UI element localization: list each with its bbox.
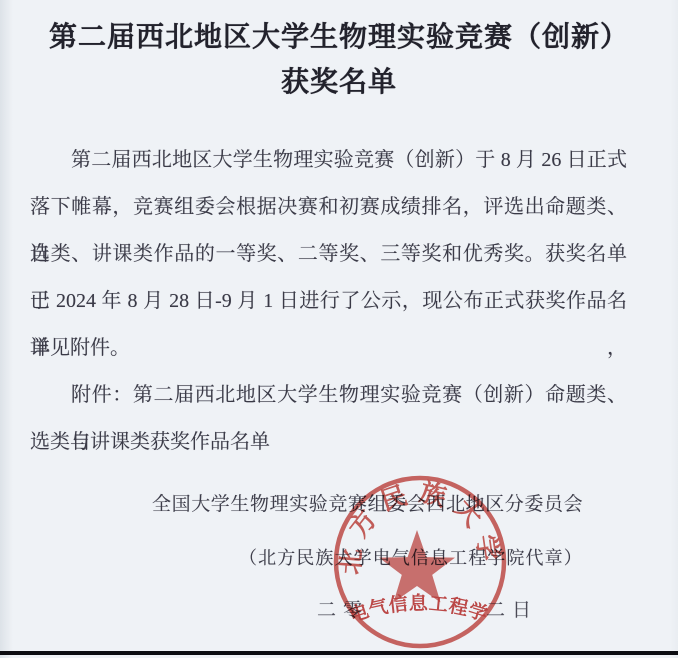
body-line: 落下帷幕，竞赛组委会根据决赛和初赛成绩排名，评选出命题类、自 (30, 184, 627, 231)
body-line: 于 2024 年 8 月 28 日-9 月 1 日进行了公示，现公布正式获奖作品… (30, 278, 627, 325)
date-fragment-right: 二日 (486, 599, 538, 623)
date-fragment-left: 二零 (317, 599, 369, 623)
attachment-line: 选类与讲课类获奖作品名单 (30, 419, 627, 466)
scanned-document-page: 第二届西北地区大学生物理实验竞赛（创新） 获奖名单 第二届西北地区大学生物理实验… (0, 0, 678, 658)
committee-signature: 全国大学生物理实验竞赛组委会西北地区分委员会 (152, 493, 583, 517)
agency-note: （北方民族大学电气信息工程学院代章） (239, 546, 583, 570)
title-line-1: 第二届西北地区大学生物理实验竞赛（创新） (0, 15, 678, 60)
attachment-line: 附件：第二届西北地区大学生物理实验竞赛（创新）命题类、自 (30, 372, 627, 419)
document-title: 第二届西北地区大学生物理实验竞赛（创新） 获奖名单 (0, 15, 678, 105)
body-line: 第二届西北地区大学生物理实验竞赛（创新）于 8 月 26 日正式 (30, 137, 627, 184)
scan-edge-bar (0, 651, 678, 655)
title-line-2: 获奖名单 (0, 60, 678, 105)
body-line: 选类、讲课类作品的一等奖、二等奖、三等奖和优秀奖。获奖名单已 (30, 231, 627, 278)
document-body: 第二届西北地区大学生物理实验竞赛（创新）于 8 月 26 日正式 落下帷幕，竞赛… (30, 137, 627, 466)
